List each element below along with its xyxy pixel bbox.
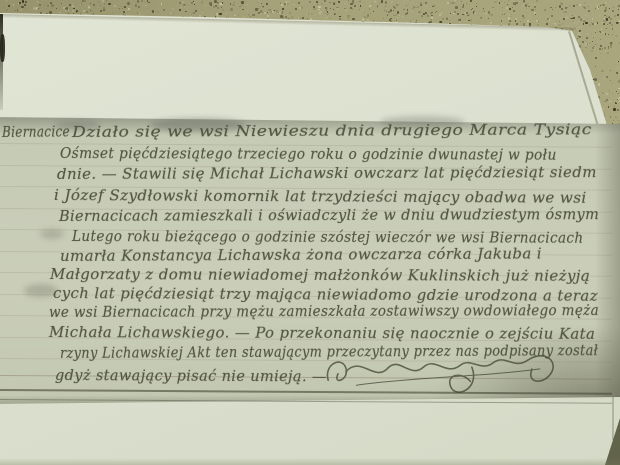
handwriting-line: Małgorzaty z domu niewiadomej małżonków … <box>50 266 590 284</box>
handwriting-line: i Józef Szydłowski komornik lat trzydzie… <box>54 187 587 206</box>
photo-left-edge-blob <box>0 34 5 62</box>
handwriting-line: umarła Konstancya Lichawska żona owczarz… <box>60 245 542 264</box>
signature-flourish <box>321 338 578 409</box>
photo-left-edge-shadow <box>0 14 3 110</box>
handwriting-line: we wsi Biernacicach przy mężu zamieszkał… <box>49 302 599 320</box>
photo-bottom-shade <box>0 458 620 465</box>
handwriting-line: Działo się we wsi Niewieszu dnia drugieg… <box>72 121 592 140</box>
handwriting-line: Biernacicach zamieszkali i oświadczyli ż… <box>59 206 599 224</box>
handwriting-line: dnie. — Stawili się Michał Lichawski owc… <box>57 164 597 182</box>
handwriting-line: Lutego roku bieżącego o godzinie szóstej… <box>72 228 584 246</box>
margin-annotation: Biernacice <box>2 123 70 140</box>
handwriting-line: Ośmset pięćdziesiątego trzeciego roku o … <box>60 145 557 163</box>
handwriting-line: gdyż stawający pisać nie umieją. — <box>55 367 327 385</box>
photo-of-document: Biernacice Działo się we wsi Niewieszu d… <box>0 0 620 465</box>
